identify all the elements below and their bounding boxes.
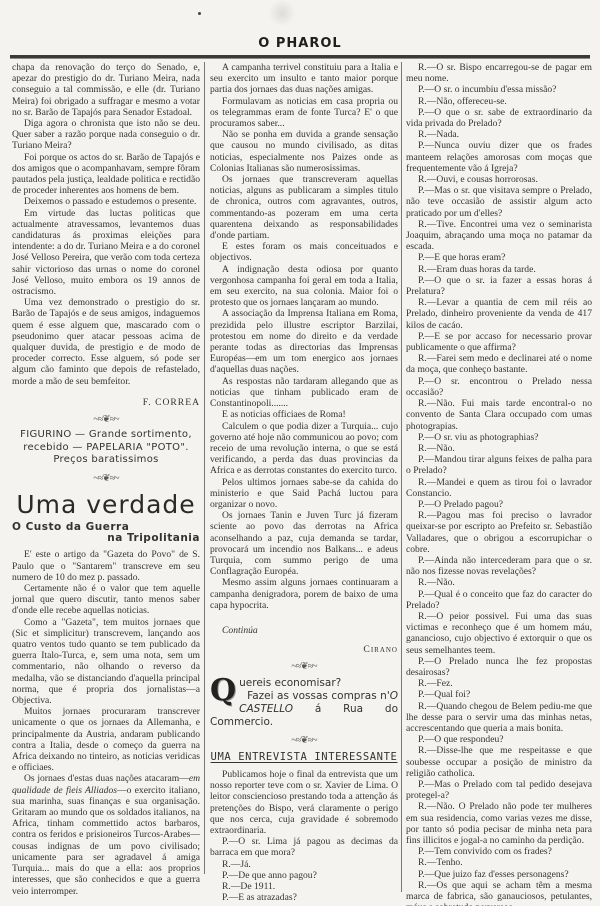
ad-line: uereis economisar?: [210, 677, 398, 690]
flourish-ornament: ~≈❦≈~: [210, 735, 398, 746]
paragraph: E' este o artigo da "Gazeta do Povo" de …: [12, 549, 200, 583]
qa-line: R.—Não.: [406, 443, 592, 454]
qa-line: R.—Já.: [210, 859, 398, 870]
paragraph: A associação da Imprensa Italiana em Rom…: [210, 308, 398, 375]
flourish-ornament: ~≈❦≈~: [12, 414, 200, 425]
qa-line: P.—De que anno pagou?: [210, 870, 398, 881]
paragraph: A indignação desta odiosa por quanto ver…: [210, 264, 398, 309]
signature: F. CORREA: [12, 397, 200, 408]
qa-line: R.—Não. O Prelado não pode ter mulheres …: [406, 801, 592, 846]
qa-line: P.—Nunca ouviu dizer que os frades mante…: [406, 140, 592, 174]
interview-qa: P.—O sr. Lima já pagou as decimas da bar…: [210, 836, 398, 903]
qa-line: P.—E as atrazadas?: [210, 892, 398, 903]
paragraph: Em virtude das luctas politicas que actu…: [12, 208, 200, 298]
column-divider-1: [204, 62, 205, 874]
text-run: —o exercito italiano, sua marinha, suas …: [12, 785, 200, 897]
text-run: Os jornaes d'estas duas nações atacaram—: [24, 773, 189, 784]
paragraph: Publicamos hoje o final da entrevista qu…: [210, 769, 398, 836]
qa-line: R.—Não, offereceu-se.: [406, 96, 592, 107]
flourish-ornament: ~≈❦≈~: [12, 473, 200, 484]
qa-line: P.—Mas o Prelado com tal pedido desejava…: [406, 779, 592, 801]
header-rule: [10, 55, 590, 59]
ink-dot: [198, 12, 201, 15]
paragraph-alliados: Os jornaes d'estas duas nações atacaram—…: [12, 773, 200, 896]
paragraph: A campanha terrivel constituiu para a It…: [210, 62, 398, 96]
paragraph: Os jornaes Tanin e Juven Turc já fizeram…: [210, 510, 398, 577]
castello-ad: Q uereis economisar? Fazei as vossas com…: [210, 677, 398, 729]
qa-line: P.—O sr. o incumbiu d'essa missão?: [406, 84, 592, 95]
text-run: Fazei as vossas compras n': [247, 690, 390, 702]
continua-note: Continúa: [210, 625, 398, 636]
paragraph: Diga agora o chronista que isto não se d…: [12, 118, 200, 152]
ad-line-2: Fazei as vossas compras n'O CASTELLO á R…: [210, 690, 398, 729]
paragraph: Pelos ultimos jornaes sabe-se da cahida …: [210, 477, 398, 511]
paragraph: E estes foram os mais conceituados e obj…: [210, 241, 398, 263]
paragraph: Deixemos o passado e estudemos o present…: [12, 196, 200, 207]
qa-line: P.—O sr. viu as photographias?: [406, 432, 592, 443]
qa-line: P.—E se por accaso for necessario provar…: [406, 331, 592, 353]
paragraph: Foi porque os actos do sr. Barão de Tapa…: [12, 152, 200, 197]
paragraph: E as noticias officiaes de Roma!: [210, 409, 398, 420]
paragraph: Mesmo assim alguns jornaes continuaram a…: [210, 577, 398, 611]
qa-line: P.—Ainda não intercederam para que o sr.…: [406, 555, 592, 577]
paragraph: Como a "Gazeta", tem muitos jornaes que …: [12, 617, 200, 707]
column-2: A campanha terrivel constituiu para a It…: [210, 62, 398, 903]
paragraph: Muitos jornaes procuraram transcrever un…: [12, 706, 200, 773]
paragraph: Calculem o que podia dizer a Turquia... …: [210, 421, 398, 477]
qa-line: P.—O que o sr. sabe de extraordinario da…: [406, 107, 592, 129]
qa-line: P.—O que respondeu?: [406, 734, 592, 745]
paragraph: Formulavam as noticias em casa propria o…: [210, 96, 398, 130]
qa-line: P.—O Prelado nunca lhe fez propostas des…: [406, 656, 592, 678]
qa-line: P.—Que juizo faz d'esses personagens?: [406, 869, 592, 880]
qa-line: P.—O sr. encontrou o Prelado nessa occas…: [406, 376, 592, 398]
article-subtitle-2: na Tripolitania: [12, 533, 200, 544]
column-1: chapa da renovação do terço do Senado, e…: [12, 62, 200, 897]
qa-line: R.—De 1911.: [210, 881, 398, 892]
qa-line: R.—Levar a quantia de cem mil réis ao Pr…: [406, 297, 592, 331]
qa-line: R.—Os que aqui se acham têm a mesma marc…: [406, 880, 592, 906]
article-title: Uma verdade: [12, 490, 200, 520]
qa-line: R.—Disse-lhe que me respeitasse e que so…: [406, 745, 592, 779]
qa-line: R.—Tenho.: [406, 857, 592, 868]
figurino-ad: FIGURINO — Grande sortimento, recebido —…: [12, 429, 200, 467]
dropcap-letter: Q: [210, 678, 236, 704]
qa-line: R.—O sr. Bispo encarregou-se de pagar em…: [406, 62, 592, 84]
flourish-ornament: ~≈❦≈~: [210, 661, 398, 672]
qa-line: P.—O que o sr. ia fazer a essas horas á …: [406, 275, 592, 297]
author-signature: Cirano: [210, 644, 398, 655]
qa-line: R.—Ouvi, e cousas horrorosas.: [406, 174, 592, 185]
qa-line: R.—Nada.: [406, 129, 592, 140]
paragraph: chapa da renovação do terço do Senado, e…: [12, 62, 200, 118]
qa-line: R.—Eram duas horas da tarde.: [406, 264, 592, 275]
masthead-title: O PHAROL: [0, 36, 600, 51]
qa-line: P.—Tem convivido com os frades?: [406, 846, 592, 857]
interview-title: UMA ENTREVISTA INTERESSANTE: [210, 752, 398, 763]
qa-line: R.—Pagou mas foi preciso o lavrador quei…: [406, 510, 592, 555]
paper-smudge: [268, 0, 296, 26]
qa-line: R.—Mandei e quem as tirou foi o lavrador…: [406, 477, 592, 499]
paragraph: As respostas não tardaram allegando que …: [210, 376, 398, 410]
qa-line: P.—Qual foi?: [406, 689, 592, 700]
qa-line: R.—Fez.: [406, 678, 592, 689]
paragraph: Não se ponha em duvida a grande sensação…: [210, 129, 398, 174]
qa-line: P.—O sr. Lima já pagou as decimas da bar…: [210, 836, 398, 858]
qa-line: R.—Tive. Encontrei uma vez o seminarista…: [406, 219, 592, 253]
qa-line: P.—Mandou tirar alguns feixes de palha p…: [406, 454, 592, 476]
column-divider-2: [401, 62, 402, 892]
paragraph: Os jornaes que transcreveram aquellas no…: [210, 174, 398, 241]
qa-line: R.—Farei sem medo e declinarei até o nom…: [406, 353, 592, 375]
qa-line: P.—E que horas eram?: [406, 252, 592, 263]
qa-line: R.—Não. Fui mais tarde encontral-o no co…: [406, 398, 592, 432]
paragraph: Certamente não é o valor que tem aquelle…: [12, 583, 200, 617]
paragraph: Uma vez demonstrado o prestigio do sr. B…: [12, 297, 200, 387]
qa-line: R.—O peior possivel. Fui uma das suas vi…: [406, 611, 592, 656]
qa-line: R.—Quando chegou de Belem pediu-me que l…: [406, 701, 592, 735]
qa-line: P.—Qual é o conceito que faz do caracter…: [406, 589, 592, 611]
column-3: R.—O sr. Bispo encarregou-se de pagar em…: [406, 62, 592, 906]
qa-line: P.—Mas o sr. que visitava sempre o Prela…: [406, 185, 592, 219]
qa-line: P.—O Prelado pagou?: [406, 499, 592, 510]
qa-line: R.—Não.: [406, 577, 592, 588]
